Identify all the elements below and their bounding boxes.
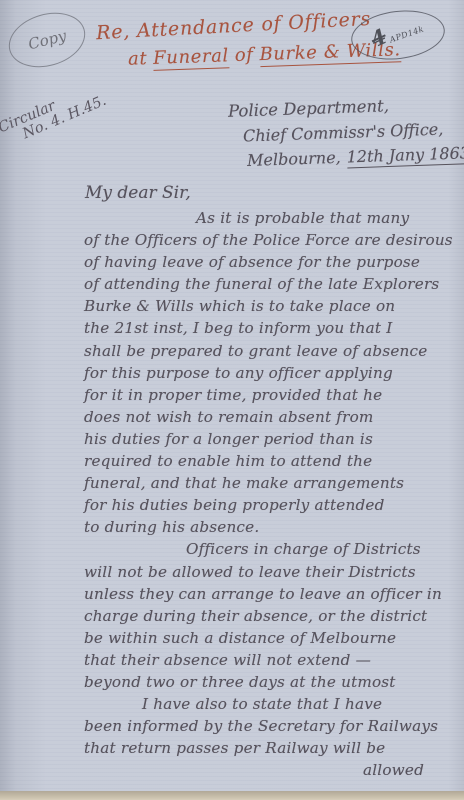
body-catchword: allowed [84,759,458,781]
body-line: that return passes per Railway will be [84,737,458,759]
body-line: that their absence will not extend — [84,649,458,671]
body-line: As it is probable that many [84,207,458,229]
salutation: My dear Sir, [85,183,191,203]
body-line: for his duties being properly attended [84,494,458,516]
letterhead-date: 12th Jany 1863. [346,143,464,168]
body-line: will not be allowed to leave their Distr… [84,561,458,583]
letterhead-place-date: Melbourne,12th Jany 1863. [247,143,464,170]
file-number-mark: 4 [367,23,391,52]
copy-stamp-label: Copy [26,27,68,54]
letterhead-place: Melbourne, [247,148,341,170]
heading-word-funeral: Funeral [153,45,229,71]
body-line: unless they can arrange to leave an offi… [84,583,458,605]
body-line: for this purpose to any officer applying [84,362,458,384]
copy-stamp-oval: Copy [2,4,91,75]
heading-word-at: at [128,48,148,70]
body-line: does not wish to remain absent from [84,406,458,428]
body-line: been informed by the Secretary for Railw… [84,715,458,737]
body-line: required to enable him to attend the [84,450,458,472]
body-line: his duties for a longer period than is [84,428,458,450]
letterhead-department: Police Department, [228,96,390,121]
letterhead-office: Chief Commissr's Office, [243,120,444,146]
letter-page: Copy Re, Attendance of Officers atFunera… [0,0,464,800]
body-line: be within such a distance of Melbourne [84,627,458,649]
body-line: Officers in charge of Districts [84,538,458,560]
body-line: for it in proper time, provided that he [84,384,458,406]
body-line: funeral, and that he make arrangements [84,472,458,494]
body-line: of attending the funeral of the late Exp… [84,273,458,295]
body-line: beyond two or three days at the utmost [84,671,458,693]
margin-note-circular: Circular No. 4. H.45. [0,80,109,150]
body-line: of the Officers of the Police Force are … [84,229,458,251]
letter-body: As it is probable that many of the Offic… [84,207,458,781]
body-line: to during his absence. [84,516,458,538]
file-number-scribble: APD14k [388,24,425,44]
body-line: charge during their absence, or the dist… [84,605,458,627]
subject-heading-line1: Re, Attendance of Officers [96,8,372,44]
body-line: Burke & Wills which is to take place on [84,295,458,317]
body-line: the 21st inst, I beg to inform you that … [84,317,458,339]
body-line: I have also to state that I have [84,693,458,715]
heading-word-of: of [234,44,253,66]
body-line: shall be prepared to grant leave of abse… [84,340,458,362]
body-line: of having leave of absence for the purpo… [84,251,458,273]
